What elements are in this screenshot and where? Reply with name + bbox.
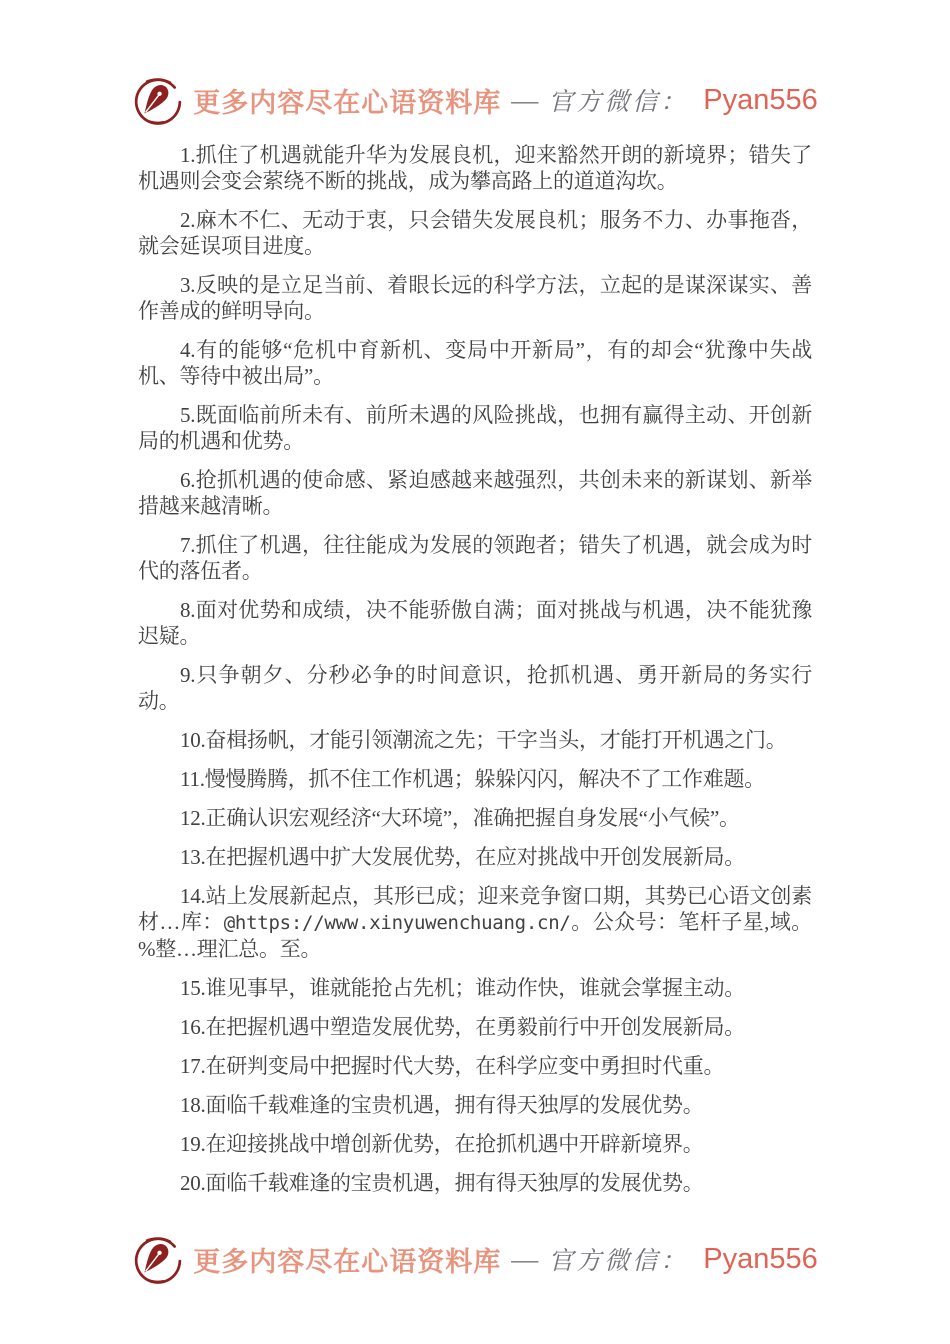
- inline-url-text: @https://www.xinyuwenchuang.cn/: [224, 912, 571, 934]
- dash-separator: —: [511, 85, 538, 116]
- pen-nib-emblem-icon: [132, 74, 184, 126]
- list-item: 13.在把握机遇中扩大发展优势，在应对挑战中开创发展新局。: [138, 844, 812, 870]
- list-item: 7.抓住了机遇，往往能成为发展的领跑者；错失了机遇，就会成为时代的落伍者。: [138, 532, 812, 584]
- dash-separator: —: [511, 1244, 538, 1275]
- list-item: 8.面对优势和成绩，决不能骄傲自满；面对挑战与机遇，决不能犹豫迟疑。: [138, 597, 812, 649]
- footer-banner: 更多内容尽在心语资料库—官方微信：Pyan556: [0, 1209, 950, 1285]
- header-banner: 更多内容尽在心语资料库—官方微信：Pyan556: [0, 0, 950, 140]
- document-body: 1.抓住了机遇就能升华为发展良机，迎来豁然开朗的新境界；错失了机遇则会变会萦绕不…: [138, 140, 812, 1196]
- wechat-label: 官方微信：: [548, 1241, 688, 1277]
- list-item: 20.面临千载难逢的宝贵机遇，拥有得天独厚的发展优势。: [138, 1170, 812, 1196]
- list-item: 17.在研判变局中把握时代大势，在科学应变中勇担时代重。: [138, 1053, 812, 1079]
- list-item: 5.既面临前所未有、前所未遇的风险挑战，也拥有赢得主动、开创新局的机遇和优势。: [138, 402, 812, 454]
- wechat-id: Pyan556: [703, 84, 818, 117]
- list-item: 11.慢慢腾腾，抓不住工作机遇；躲躲闪闪，解决不了工作难题。: [138, 766, 812, 792]
- list-item: 12.正确认识宏观经济“大环境”，准确把握自身发展“小气候”。: [138, 805, 812, 831]
- list-item: 6.抢抓机遇的使命感、紧迫感越来越强烈，共创未来的新谋划、新举措越来越清晰。: [138, 467, 812, 519]
- wechat-label: 官方微信：: [548, 82, 688, 118]
- list-item: 10.奋楫扬帆，才能引领潮流之先；干字当头，才能打开机遇之门。: [138, 727, 812, 753]
- brand-text: 更多内容尽在心语资料库: [193, 1240, 501, 1279]
- pen-nib-emblem-icon: [132, 1233, 184, 1285]
- list-item: 3.反映的是立足当前、着眼长远的科学方法，立起的是谋深谋实、善作善成的鲜明导向。: [138, 272, 812, 324]
- list-item: 1.抓住了机遇就能升华为发展良机，迎来豁然开朗的新境界；错失了机遇则会变会萦绕不…: [138, 142, 812, 194]
- list-item: 15.谁见事早，谁就能抢占先机；谁动作快，谁就会掌握主动。: [138, 975, 812, 1001]
- list-item: 18.面临千载难逢的宝贵机遇，拥有得天独厚的发展优势。: [138, 1092, 812, 1118]
- wechat-id: Pyan556: [703, 1243, 818, 1276]
- list-item: 4.有的能够“危机中育新机、变局中开新局”，有的却会“犹豫中失战机、等待中被出局…: [138, 337, 812, 389]
- list-item: 19.在迎接挑战中增创新优势，在抢抓机遇中开辟新境界。: [138, 1131, 812, 1157]
- list-item: 16.在把握机遇中塑造发展优势，在勇毅前行中开创发展新局。: [138, 1014, 812, 1040]
- list-item: 14.站上发展新起点，其形已成；迎来竞争窗口期，其势已心语文创素材…库：@htt…: [138, 883, 812, 962]
- list-item: 2.麻木不仁、无动于衷，只会错失发展良机；服务不力、办事拖沓，就会延误项目进度。: [138, 207, 812, 259]
- brand-text: 更多内容尽在心语资料库: [193, 81, 501, 120]
- list-item: 9.只争朝夕、分秒必争的时间意识，抢抓机遇、勇开新局的务实行动。: [138, 662, 812, 714]
